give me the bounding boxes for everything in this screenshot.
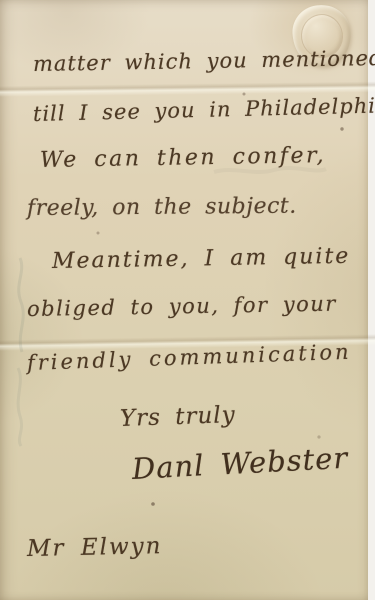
letter-paper: matter which you mentioned, till I see y… <box>0 0 368 600</box>
ink-specks <box>0 0 2 2</box>
letter-addressee: Mr Elwyn <box>27 535 163 561</box>
letter-line: freely, on the subject. <box>27 196 297 220</box>
letter-line: We can then confer, <box>40 145 326 172</box>
letter-closing: Yrs truly <box>120 404 236 431</box>
letter-signature: Danl Webster <box>131 444 349 484</box>
letter-photo: matter which you mentioned, till I see y… <box>0 0 375 600</box>
letter-line: till I see you in Philadelphia. <box>33 95 375 125</box>
letter-line: matter which you mentioned, <box>33 48 375 75</box>
letter-line: obliged to you, for your <box>27 294 337 320</box>
letter-line: Meantime, I am quite <box>52 246 351 273</box>
